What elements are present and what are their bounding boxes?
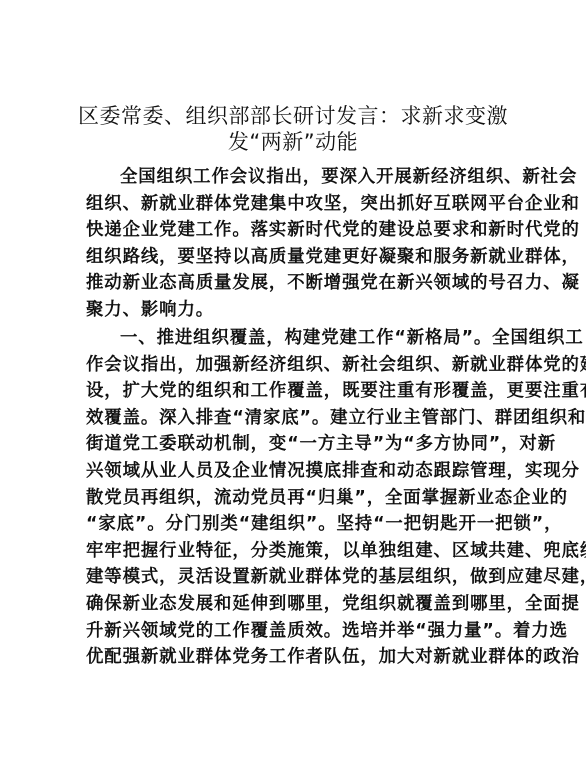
text-line: 推动新业态高质量发展，不断增强党在新兴领域的号召力、凝 (86, 270, 492, 297)
text-line: “家底”。分门别类“建组织”。坚持“一把钥匙开一把锁”， (86, 511, 492, 538)
text-line: 升新兴领域党的工作覆盖质效。选培并举“强力量”。着力选 (86, 618, 492, 645)
text-line: 效覆盖。深入排查“清家底”。建立行业主管部门、群团组织和 (86, 405, 492, 432)
text-line: 全国组织工作会议指出，要深入开展新经济组织、新社会 (86, 164, 492, 191)
text-line: 聚力、影响力。 (86, 297, 492, 324)
text-line: 一、推进组织覆盖，构建党建工作“新格局”。全国组织工 (86, 325, 492, 352)
text-line: 设，扩大党的组织和工作覆盖，既要注重有形覆盖，更要注重有 (86, 378, 492, 405)
text-line: 组织、新就业群体党建集中攻坚，突出抓好互联网平台企业和 (86, 191, 492, 218)
text-line: 作会议指出，加强新经济组织、新社会组织、新就业群体党的建 (86, 352, 492, 379)
text-line: 组织路线，要坚持以高质量党建更好凝聚和服务新就业群体， (86, 244, 492, 271)
text-line: 散党员再组织，流动党员再“归巢”，全面掌握新业态企业的 (86, 485, 492, 512)
text-line: 牢牢把握行业特征，分类施策，以单独组建、区域共建、兜底统 (86, 538, 492, 565)
text-line: 建等模式，灵活设置新就业群体党的基层组织，做到应建尽建， (86, 564, 492, 591)
text-line: 街道党工委联动机制，变“一方主导”为“多方协同”，对新 (86, 431, 492, 458)
text-line: 兴领域从业人员及企业情况摸底排查和动态跟踪管理，实现分 (86, 458, 492, 485)
document-page: 区委常委、组织部部长研讨发言：求新求变激 发“两新”动能 全国组织工作会议指出，… (0, 0, 586, 759)
title-line: 区委常委、组织部部长研讨发言：求新求变激 (60, 103, 526, 129)
text-line: 快递企业党建工作。落实新时代党的建设总要求和新时代党的 (86, 217, 492, 244)
section-one-paragraph: 一、推进组织覆盖，构建党建工作“新格局”。全国组织工 作会议指出，加强新经济组织… (86, 325, 492, 671)
intro-paragraph: 全国组织工作会议指出，要深入开展新经济组织、新社会 组织、新就业群体党建集中攻坚… (86, 164, 492, 324)
text-line: 确保新业态发展和延伸到哪里，党组织就覆盖到哪里，全面提 (86, 591, 492, 618)
document-title: 区委常委、组织部部长研讨发言：求新求变激 发“两新”动能 (60, 103, 526, 155)
title-line: 发“两新”动能 (60, 129, 526, 155)
text-line: 优配强新就业群体党务工作者队伍，加大对新就业群体的政治 (86, 644, 492, 671)
